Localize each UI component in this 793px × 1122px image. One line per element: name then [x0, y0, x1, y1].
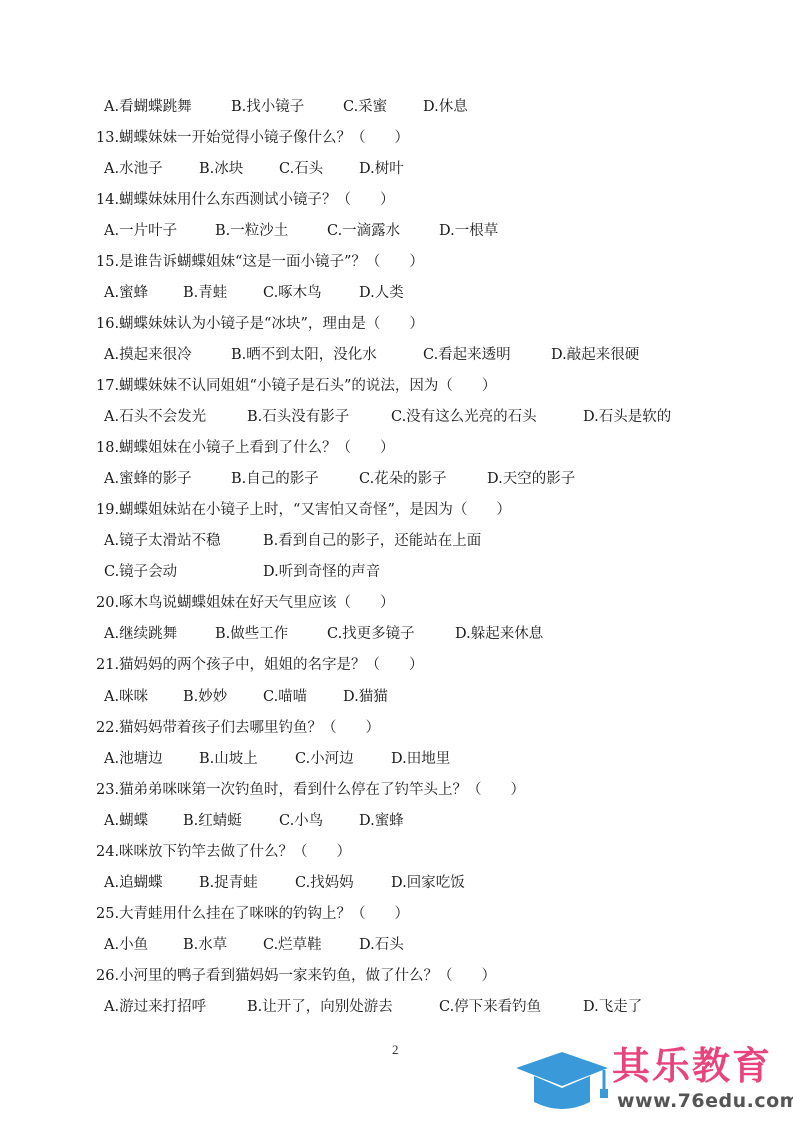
option-row-q22: A.池塘边B.山坡上C.小河边D.田地里	[0, 748, 793, 770]
option-row-q20: A.继续跳舞B.做些工作C.找更多镜子D.躲起来休息	[0, 623, 793, 645]
question-15: 15.是谁告诉蝴蝶姐妹“这是一面小镜子”？（ ）	[96, 251, 424, 273]
option-d: D.石头	[359, 934, 404, 956]
option-b: B.山坡上	[199, 748, 258, 770]
option-a: A.一片叶子	[104, 220, 177, 242]
option-d: D.人类	[359, 282, 404, 304]
option-b: B.石头没有影子	[247, 406, 349, 428]
option-row-q13: A.水池子B.冰块C.石头D.树叶	[0, 158, 793, 180]
option-a: A.池塘边	[104, 748, 163, 770]
option-c: C.找妈妈	[295, 872, 354, 894]
option-c: C.看起来透明	[423, 344, 511, 366]
option-b: B.一粒沙土	[215, 220, 288, 242]
option-b: B.晒不到太阳，没化水	[231, 344, 377, 366]
exam-page: A.看蝴蝶跳舞B.找小镜子C.采蜜D.休息13.蝴蝶妹妹一开始觉得小镜子像什么？…	[0, 0, 793, 1122]
option-d: D.躲起来休息	[455, 623, 543, 645]
option-d: D.回家吃饭	[391, 872, 465, 894]
option-c: C.啄木鸟	[263, 282, 322, 304]
watermark-logo: 其乐教育 www.76edu.com	[510, 1040, 793, 1122]
question-14: 14.蝴蝶妹妹用什么东西测试小镜子？（ ）	[96, 189, 395, 211]
option-b: B.看到自己的影子，还能站在上面	[263, 530, 481, 552]
option-c: C.采蜜	[343, 96, 387, 118]
option-a: A.继续跳舞	[104, 623, 177, 645]
option-d: D.石头是软的	[583, 406, 671, 428]
question-17: 17.蝴蝶妹妹不认同姐姐“小镜子是石头”的说法，因为（ ）	[96, 375, 496, 397]
option-c: C.找更多镜子	[327, 623, 415, 645]
option-c: C.停下来看钓鱼	[439, 996, 541, 1018]
option-c: C.镜子会动	[104, 561, 177, 583]
option-b: B.自己的影子	[231, 468, 319, 490]
graduation-cap-icon	[510, 1046, 610, 1116]
option-c: C.喵喵	[263, 686, 307, 708]
option-b: B.妙妙	[183, 686, 227, 708]
option-d: D.树叶	[359, 158, 404, 180]
option-a: A.追蝴蝶	[104, 872, 163, 894]
option-c: C.花朵的影子	[359, 468, 447, 490]
question-26: 26.小河里的鸭子看到猫妈妈一家来钓鱼，做了什么？（ ）	[96, 965, 496, 987]
option-row-q19: C.镜子会动D.听到奇怪的声音	[0, 561, 793, 583]
option-b: B.水草	[183, 934, 227, 956]
question-23: 23.猫弟弟咪咪第一次钓鱼时，看到什么停在了钓竿头上？（ ）	[96, 779, 525, 801]
option-row-q23: A.蝴蝶B.红蜻蜓C.小鸟D.蜜蜂	[0, 810, 793, 832]
option-b: B.捉青蛙	[199, 872, 258, 894]
option-row-q17: A.石头不会发光B.石头没有影子C.没有这么光亮的石头D.石头是软的	[0, 406, 793, 428]
option-b: B.做些工作	[215, 623, 288, 645]
option-d: D.田地里	[391, 748, 450, 770]
option-b: B.让开了，向别处游去	[247, 996, 393, 1018]
option-row-q12: A.看蝴蝶跳舞B.找小镜子C.采蜜D.休息	[0, 96, 793, 118]
option-a: A.蜜蜂	[104, 282, 148, 304]
option-a: A.蝴蝶	[104, 810, 148, 832]
option-c: C.小鸟	[279, 810, 323, 832]
page-number: 2	[392, 1042, 399, 1058]
question-18: 18.蝴蝶姐妹在小镜子上看到了什么？（ ）	[96, 437, 395, 459]
option-d: D.听到奇怪的声音	[263, 561, 380, 583]
option-a: A.咪咪	[104, 686, 148, 708]
option-a: A.石头不会发光	[104, 406, 206, 428]
option-a: A.摸起来很冷	[104, 344, 192, 366]
option-b: B.冰块	[199, 158, 243, 180]
question-22: 22.猫妈妈带着孩子们去哪里钓鱼？（ ）	[96, 717, 380, 739]
option-b: B.找小镜子	[231, 96, 304, 118]
option-row-q24: A.追蝴蝶B.捉青蛙C.找妈妈D.回家吃饭	[0, 872, 793, 894]
option-a: A.看蝴蝶跳舞	[104, 96, 192, 118]
option-row-q25: A.小鱼B.水草C.烂草鞋D.石头	[0, 934, 793, 956]
option-row-q21: A.咪咪B.妙妙C.喵喵D.猫猫	[0, 686, 793, 708]
option-a: A.水池子	[104, 158, 163, 180]
option-d: D.蜜蜂	[359, 810, 404, 832]
option-row-q18: A.蜜蜂的影子B.自己的影子C.花朵的影子D.天空的影子	[0, 468, 793, 490]
option-c: C.一滴露水	[327, 220, 400, 242]
question-13: 13.蝴蝶妹妹一开始觉得小镜子像什么？（ ）	[96, 127, 409, 149]
option-row-q26: A.游过来打招呼B.让开了，向别处游去C.停下来看钓鱼D.飞走了	[0, 996, 793, 1018]
option-b: B.青蛙	[183, 282, 227, 304]
option-d: D.飞走了	[583, 996, 642, 1018]
option-d: D.敲起来很硬	[551, 344, 639, 366]
question-20: 20.啄木鸟说蝴蝶姐妹在好天气里应该（ ）	[96, 592, 395, 614]
question-16: 16.蝴蝶妹妹认为小镜子是“冰块”，理由是（ ）	[96, 313, 424, 335]
option-d: D.休息	[423, 96, 468, 118]
brand-url: www.76edu.com	[617, 1090, 793, 1112]
option-a: A.蜜蜂的影子	[104, 468, 192, 490]
option-c: C.小河边	[295, 748, 354, 770]
option-b: B.红蜻蜓	[183, 810, 242, 832]
question-24: 24.咪咪放下钓竿去做了什么？（ ）	[96, 841, 351, 863]
option-row-q15: A.蜜蜂B.青蛙C.啄木鸟D.人类	[0, 282, 793, 304]
option-c: C.烂草鞋	[263, 934, 322, 956]
question-19: 19.蝴蝶姐妹站在小镜子上时，“又害怕又奇怪”，是因为（ ）	[96, 499, 511, 521]
brand-name: 其乐教育	[612, 1044, 772, 1088]
option-a: A.小鱼	[104, 934, 148, 956]
option-d: D.一根草	[439, 220, 498, 242]
option-row-q19: A.镜子太滑站不稳B.看到自己的影子，还能站在上面	[0, 530, 793, 552]
question-25: 25.大青蛙用什么挂在了咪咪的钓钩上？（ ）	[96, 903, 409, 925]
option-a: A.游过来打招呼	[104, 996, 206, 1018]
option-row-q14: A.一片叶子B.一粒沙土C.一滴露水D.一根草	[0, 220, 793, 242]
question-21: 21.猫妈妈的两个孩子中，姐姐的名字是？（ ）	[96, 654, 424, 676]
option-c: C.石头	[279, 158, 323, 180]
option-d: D.猫猫	[343, 686, 388, 708]
option-d: D.天空的影子	[487, 468, 575, 490]
option-c: C.没有这么光亮的石头	[391, 406, 537, 428]
option-row-q16: A.摸起来很冷B.晒不到太阳，没化水C.看起来透明D.敲起来很硬	[0, 344, 793, 366]
option-a: A.镜子太滑站不稳	[104, 530, 221, 552]
